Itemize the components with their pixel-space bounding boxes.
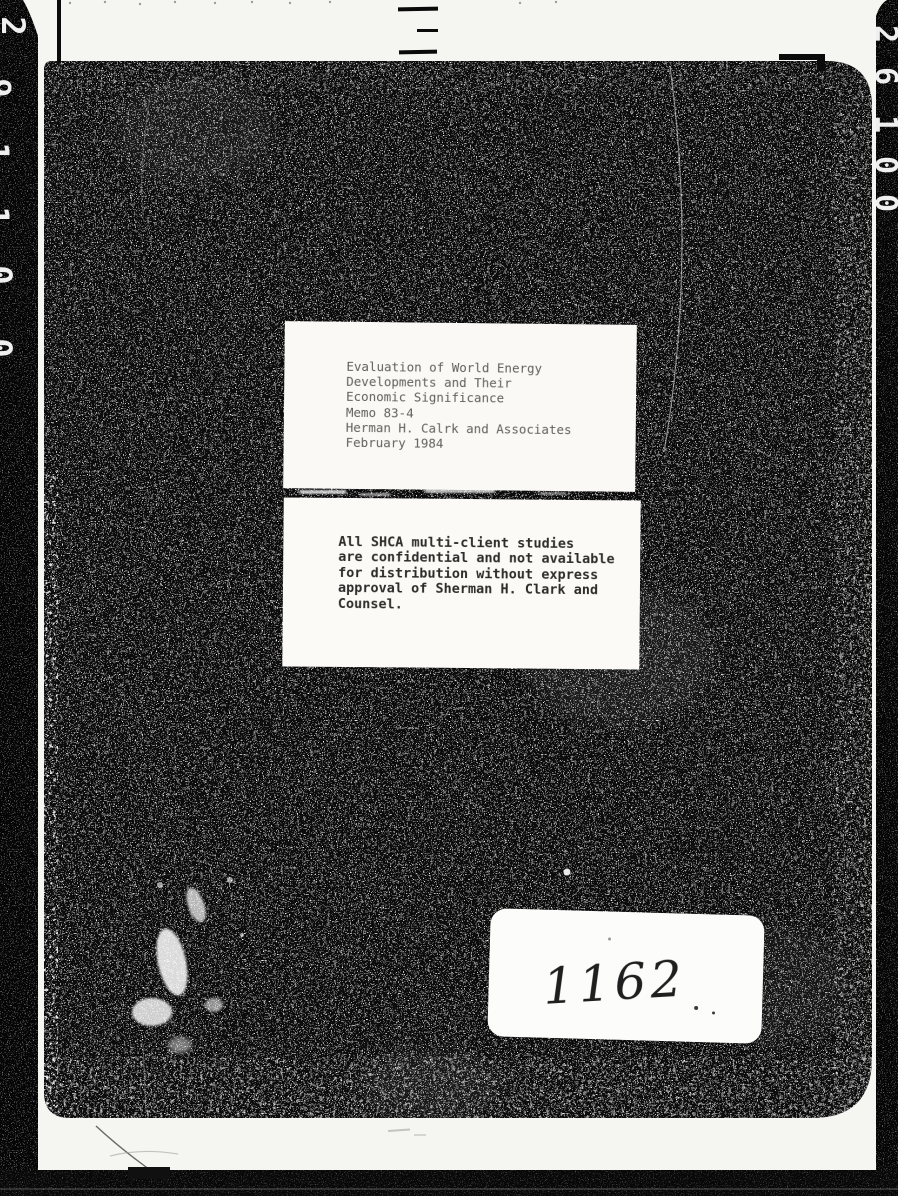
alignment-dash (398, 7, 438, 12)
cloud-smudge (115, 75, 275, 185)
alignment-dash (399, 50, 437, 55)
film-edge-digit: 9 (0, 75, 19, 101)
alignment-dash (417, 29, 438, 32)
title-card-line: February 1984 (346, 435, 636, 453)
film-edge-digit: 1 (0, 139, 17, 165)
registration-mark-stub (817, 54, 825, 71)
film-edge-digit: 0 (876, 154, 898, 176)
number-sticker: 1162 (487, 908, 764, 1044)
faint-dash-mark (388, 1128, 410, 1132)
film-edge-digit: 0 (0, 262, 20, 288)
ink-dot (712, 1011, 715, 1014)
film-edge-digit: 1 (0, 203, 17, 229)
cloud-smudge (360, 1050, 500, 1120)
film-edge-digit: 0 (876, 192, 898, 214)
film-edge-digit: 2 (0, 13, 33, 39)
film-edge-digit: 6 (876, 65, 898, 87)
faint-dash-mark (414, 1134, 426, 1136)
dust-specks (69, 1, 557, 5)
handwritten-number: 1162 (541, 949, 687, 1015)
film-strip-left: 2 9 1 1 0 0 (0, 0, 38, 1196)
notice-card: All SHCA multi-client studies are confid… (282, 497, 640, 669)
ink-dot (608, 937, 611, 940)
scanned-page: 2 9 1 1 0 0 2 6 1 0 0 Evaluation of Worl… (0, 0, 898, 1196)
title-card: Evaluation of World Energy Developments … (283, 321, 637, 492)
registration-mark (779, 54, 825, 71)
film-strip-right: 2 6 1 0 0 (876, 0, 898, 1196)
faint-arc-mark (110, 1151, 178, 1156)
film-edge-digit: 2 (876, 23, 898, 45)
film-edge-digit: 0 (0, 335, 20, 361)
notice-card-line: Counsel. (338, 597, 640, 615)
white-fleck (564, 869, 571, 876)
film-edge-digit: 1 (876, 113, 898, 135)
ink-dot (694, 1006, 698, 1010)
bottom-edge-mark (128, 1167, 170, 1179)
film-scan-line (57, 0, 61, 63)
edge-grain-left (44, 470, 58, 1118)
